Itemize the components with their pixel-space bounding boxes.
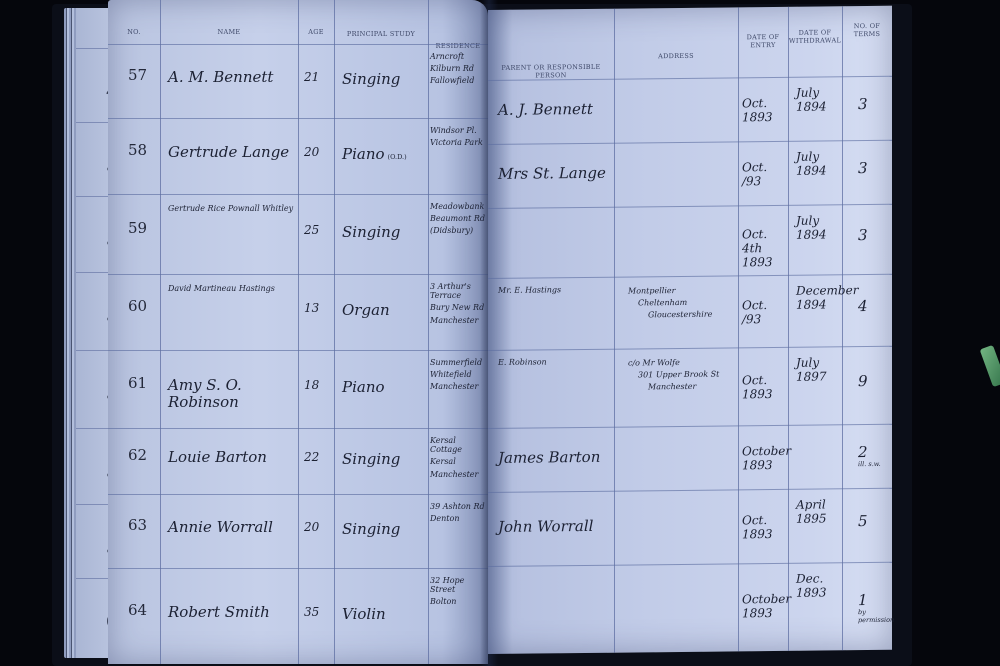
- principal-study: Singing: [342, 521, 400, 538]
- row-number: 62: [128, 447, 147, 464]
- ledger-photo: No. 49505155556 No. Name Age Principal S…: [0, 0, 1000, 666]
- row-rule: [108, 428, 488, 429]
- address-line: 301 Upper Brook St: [638, 370, 736, 380]
- student-age: 18: [304, 379, 319, 393]
- student-age: 35: [304, 606, 319, 620]
- background-object: [980, 345, 1000, 387]
- student-age: 22: [304, 451, 319, 465]
- address-line: Manchester: [648, 382, 736, 392]
- row-rule: [108, 44, 488, 45]
- date-of-entry: Oct. 1893: [742, 514, 788, 542]
- principal-study: Piano(O.D.): [342, 146, 407, 163]
- principal-study: Singing: [342, 224, 400, 241]
- student-name: Amy S. O. Robinson: [168, 377, 296, 412]
- date-of-withdrawal: December 1894: [796, 284, 840, 312]
- student-name: Robert Smith: [168, 604, 296, 621]
- student-name: Gertrude Rice Pownall Whitley: [168, 204, 296, 213]
- row-rule: [488, 346, 892, 351]
- header-terms: No. of Terms: [842, 22, 892, 39]
- address-line: Cheltenham: [638, 298, 736, 308]
- number-of-terms: 9: [858, 373, 892, 391]
- parent-name: John Worrall: [498, 518, 614, 536]
- study-value: Singing: [342, 520, 400, 538]
- principal-study: Singing: [342, 71, 400, 88]
- terms-value: 4: [858, 298, 892, 316]
- number-of-terms: 1by permission: [858, 592, 892, 625]
- header-name: Name: [160, 28, 298, 36]
- date-of-entry: Oct. 1893: [742, 374, 788, 402]
- date-of-withdrawal: July 1894: [796, 214, 840, 242]
- student-age: 25: [304, 224, 319, 238]
- row-number: 58: [128, 142, 147, 159]
- date-of-withdrawal: July 1894: [796, 86, 840, 114]
- date-of-entry: Oct. 4th 1893: [742, 228, 788, 270]
- date-of-entry: Oct. /93: [742, 161, 788, 189]
- parent-name: E. Robinson: [498, 357, 614, 367]
- row-rule: [108, 194, 488, 195]
- number-of-terms: 5: [858, 513, 892, 531]
- address: c/o Mr Wolfe301 Upper Brook StManchester: [628, 357, 736, 395]
- row-number: 57: [128, 67, 147, 84]
- row-number: 60: [128, 298, 147, 315]
- student-age: 20: [304, 146, 319, 160]
- student-age: 21: [304, 71, 319, 85]
- address: [628, 215, 736, 216]
- principal-study: Piano: [342, 379, 385, 396]
- address: [628, 573, 736, 574]
- row-rule: [108, 350, 488, 351]
- terms-note: by permission: [858, 609, 892, 624]
- number-of-terms: 3: [858, 227, 892, 245]
- study-value: Singing: [342, 70, 400, 88]
- header-date-entry: Date of Entry: [738, 33, 788, 50]
- row-number: 64: [128, 602, 147, 619]
- parent-name: [498, 232, 614, 233]
- left-page: No. Name Age Principal Study Residence 5…: [108, 0, 488, 664]
- parent-name: Mrs St. Lange: [498, 165, 614, 183]
- terms-value: 5: [858, 513, 892, 531]
- row-number: 59: [128, 220, 147, 237]
- date-of-withdrawal: Dec. 1893: [796, 572, 840, 600]
- student-age: 13: [304, 302, 319, 316]
- parent-name: A. J. Bennett: [498, 101, 614, 119]
- principal-study: Violin: [342, 606, 386, 623]
- date-of-withdrawal: April 1895: [796, 498, 840, 526]
- study-value: Organ: [342, 301, 390, 319]
- address-line: Gloucestershire: [648, 310, 736, 320]
- principal-study: Organ: [342, 302, 390, 319]
- number-of-terms: 3: [858, 96, 892, 114]
- study-note: (O.D.): [388, 153, 407, 161]
- address: [628, 499, 736, 500]
- student-name: David Martineau Hastings: [168, 284, 296, 293]
- study-value: Piano: [342, 145, 385, 163]
- header-parent: Parent or Responsible Person: [488, 63, 614, 80]
- row-rule: [488, 274, 892, 279]
- student-name: Gertrude Lange: [168, 144, 296, 161]
- row-rule: [488, 140, 892, 145]
- terms-value: 3: [858, 96, 892, 114]
- row-rule: [488, 424, 892, 429]
- header-date-withdrawal: Date of Withdrawal: [788, 28, 842, 45]
- header-age: Age: [298, 28, 334, 36]
- date-of-withdrawal: July 1894: [796, 150, 840, 178]
- date-of-withdrawal: July 1897: [796, 356, 840, 384]
- address: [628, 435, 736, 436]
- address-line: c/o Mr Wolfe: [628, 357, 736, 367]
- study-value: Piano: [342, 378, 385, 396]
- student-name: Louie Barton: [168, 449, 296, 466]
- header-study: Principal Study: [334, 30, 428, 38]
- row-rule: [488, 204, 892, 209]
- terms-value: 3: [858, 160, 892, 178]
- right-page: Parent or Responsible Person Address Dat…: [488, 6, 892, 654]
- study-value: Violin: [342, 605, 386, 623]
- terms-value: 9: [858, 373, 892, 391]
- parent-name: Mr. E. Hastings: [498, 285, 614, 295]
- date-of-entry: October 1893: [742, 445, 788, 473]
- student-name: A. M. Bennett: [168, 69, 296, 86]
- header-no: No.: [108, 28, 160, 36]
- principal-study: Singing: [342, 451, 400, 468]
- study-value: Singing: [342, 450, 400, 468]
- number-of-terms: 4: [858, 298, 892, 316]
- student-name: Annie Worrall: [168, 519, 296, 536]
- study-value: Singing: [342, 223, 400, 241]
- terms-value: 3: [858, 227, 892, 245]
- number-of-terms: 2ill. s.w.: [858, 444, 892, 469]
- parent-name: James Barton: [498, 449, 614, 467]
- row-number: 63: [128, 517, 147, 534]
- student-age: 20: [304, 521, 319, 535]
- parent-name: [498, 597, 614, 598]
- row-rule: [108, 274, 488, 275]
- row-number: 61: [128, 375, 147, 392]
- date-of-entry: Oct. /93: [742, 299, 788, 327]
- row-rule: [108, 118, 488, 119]
- address: [628, 151, 736, 152]
- row-rule: [488, 562, 892, 567]
- address-line: Montpellier: [628, 285, 736, 295]
- terms-note: ill. s.w.: [858, 461, 892, 469]
- date-of-entry: October 1893: [742, 593, 788, 621]
- row-rule: [488, 488, 892, 493]
- date-of-entry: Oct. 1893: [742, 97, 788, 125]
- row-rule: [108, 494, 488, 495]
- terms-value: 1: [858, 592, 892, 610]
- address: MontpellierCheltenhamGloucestershire: [628, 285, 736, 323]
- row-rule: [108, 568, 488, 569]
- address: [628, 87, 736, 88]
- header-address: Address: [614, 51, 738, 60]
- terms-value: 2: [858, 444, 892, 462]
- number-of-terms: 3: [858, 160, 892, 178]
